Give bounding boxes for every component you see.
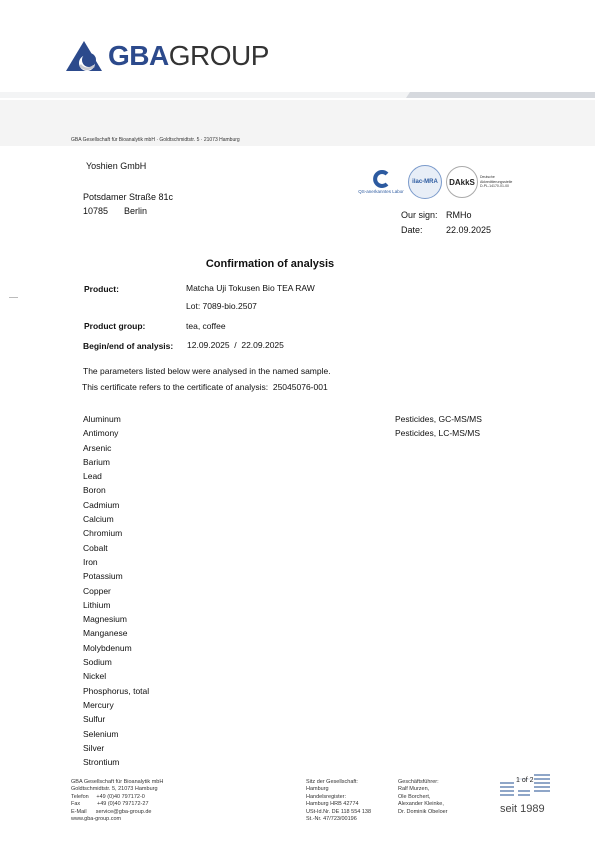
ilac-logo: ilac-MRA	[408, 165, 442, 199]
parameter-item: Boron	[83, 483, 149, 497]
parameter-item: Barium	[83, 455, 149, 469]
footer-registry-info: Sitz der Gesellschaft: Hamburg Handelsre…	[306, 779, 371, 823]
parameter-item: Lead	[83, 469, 149, 483]
analysis-period-value: 12.09.2025 / 22.09.2025	[187, 340, 284, 351]
parameter-item: Calcium	[83, 512, 149, 526]
parameter-item: Cobalt	[83, 541, 149, 555]
parameters-left-list: AluminumAntimonyArsenicBariumLeadBoronCa…	[83, 412, 149, 769]
our-sign-value: RMHo	[446, 210, 472, 221]
anniversary-seal: 1 of 2 seit 1989	[498, 770, 554, 807]
parameter-item: Mercury	[83, 698, 149, 712]
gba-triangle-icon	[66, 41, 102, 71]
parameters-right-list: Pesticides, GC-MS/MSPesticides, LC-MS/MS	[395, 412, 482, 441]
recipient-city: Berlin	[124, 206, 147, 217]
sut-logo-icon	[498, 770, 554, 802]
logo-gba: GBA	[108, 40, 169, 71]
recipient-street: Potsdamer Straße 81c	[83, 192, 173, 203]
qs-logo: QS-anerkanntes Labor	[358, 170, 404, 194]
dakks-mark: DAkkS	[446, 166, 478, 198]
page-indicator: 1 of 2	[516, 777, 534, 784]
parameter-item: Cadmium	[83, 498, 149, 512]
parameter-item: Sodium	[83, 655, 149, 669]
parameter-item: Magnesium	[83, 612, 149, 626]
logo-group: GROUP	[169, 40, 269, 71]
parameter-item: Sulfur	[83, 712, 149, 726]
parameter-item: Arsenic	[83, 441, 149, 455]
product-group-label: Product group:	[84, 321, 145, 332]
parameter-item: Silver	[83, 741, 149, 755]
parameter-item: Potassium	[83, 569, 149, 583]
qs-label: QS-anerkanntes Labor	[358, 189, 404, 194]
footer-company-info: GBA Gesellschaft für Bioanalytik mbH Gol…	[71, 779, 163, 823]
certificate-reference: This certificate refers to the certifica…	[82, 382, 328, 393]
parameter-item: Strontium	[83, 755, 149, 769]
company-logo: GBAGROUP	[66, 40, 269, 72]
recipient-zip: 10785	[83, 206, 108, 217]
logo-wordmark: GBAGROUP	[108, 40, 269, 72]
document-title: Confirmation of analysis	[0, 258, 540, 270]
parameter-item: Lithium	[83, 598, 149, 612]
dakks-sub-3: D-PL-14170-01-00	[480, 184, 512, 189]
parameter-item: Manganese	[83, 626, 149, 640]
analysis-period-label: Begin/end of analysis:	[83, 341, 173, 352]
date-label: Date:	[401, 225, 423, 236]
parameter-item: Molybdenum	[83, 641, 149, 655]
product-label: Product:	[84, 284, 119, 295]
parameter-item: Nickel	[83, 669, 149, 683]
product-value: Matcha Uji Tokusen Bio TEA RAW	[186, 283, 315, 294]
product-group-value: tea, coffee	[186, 321, 226, 332]
parameter-item: Antimony	[83, 426, 149, 440]
parameter-item: Pesticides, LC-MS/MS	[395, 426, 482, 440]
since-label: seit 1989	[500, 803, 545, 815]
header-band-accent	[406, 92, 595, 98]
lot-value: Lot: 7089-bio.2507	[186, 301, 257, 312]
parameter-item: Phosphorus, total	[83, 684, 149, 698]
sender-line: GBA Gesellschaft für Bioanalytik mbH · G…	[71, 137, 240, 143]
parameter-item: Chromium	[83, 526, 149, 540]
date-value: 22.09.2025	[446, 225, 491, 236]
recipient-company: Yoshien GmbH	[86, 161, 146, 172]
qs-c-icon	[372, 170, 390, 188]
dakks-logo: DAkkS Deutsche Akkreditierungsstelle D-P…	[446, 166, 512, 198]
parameter-item: Pesticides, GC-MS/MS	[395, 412, 482, 426]
statement-text: The parameters listed below were analyse…	[83, 366, 331, 377]
parameter-item: Aluminum	[83, 412, 149, 426]
footer-management: Geschäftsführer: Ralf Murzen, Ole Borche…	[398, 779, 448, 816]
dakks-subtitle: Deutsche Akkreditierungsstelle D-PL-1417…	[480, 175, 512, 189]
our-sign-label: Our sign:	[401, 210, 438, 221]
accreditation-logos: QS-anerkanntes Labor ilac-MRA DAkkS Deut…	[358, 165, 512, 199]
parameter-item: Selenium	[83, 727, 149, 741]
margin-mark	[9, 297, 18, 298]
parameter-item: Copper	[83, 584, 149, 598]
parameter-item: Iron	[83, 555, 149, 569]
